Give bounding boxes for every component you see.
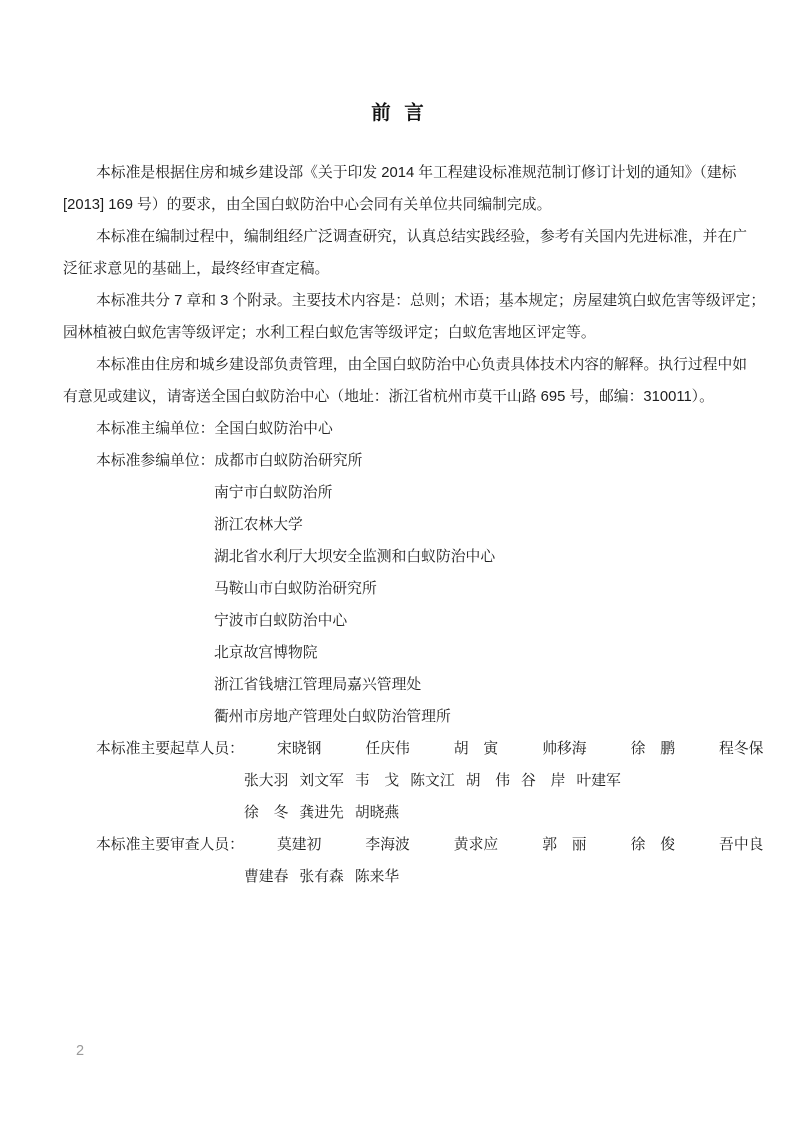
drafters-line-1: 本标准主要起草人员：宋晓钢任庆伟胡 寅帅移海徐 鹏程冬保阮冠华	[63, 733, 733, 765]
document-page: 前 言 本标准是根据住房和城乡建设部《关于印发 2014 年工程建设标准规范制订…	[0, 0, 800, 1130]
co-editor-unit: 北京故宫博物院	[63, 637, 733, 669]
drafter-name: 谷 岸	[521, 765, 565, 797]
drafter-name: 张大羽	[244, 765, 288, 797]
page-title: 前 言	[63, 97, 733, 125]
drafters-line-2: 张大羽刘文军韦 戈陈文江胡 伟谷 岸叶建军	[63, 765, 733, 797]
reviewers-line-2: 曹建春张有森陈来华	[63, 861, 733, 893]
drafter-name: 龚进先	[299, 797, 343, 829]
paragraph-1-line-1: 本标准是根据住房和城乡建设部《关于印发 2014 年工程建设标准规范制订修订计划…	[63, 157, 733, 189]
drafter-name: 徐 鹏	[598, 733, 675, 765]
co-editor-line: 本标准参编单位：成都市白蚁防治研究所	[63, 445, 733, 477]
paragraph-2-line-2: 泛征求意见的基础上，最终经审查定稿。	[63, 253, 733, 285]
drafter-name: 陈文江	[410, 765, 454, 797]
reviewer-name: 徐 俊	[598, 829, 675, 861]
document-body: 本标准是根据住房和城乡建设部《关于印发 2014 年工程建设标准规范制订修订计划…	[63, 157, 733, 893]
co-editor-unit: 成都市白蚁防治研究所	[214, 453, 362, 469]
drafter-name: 帅移海	[509, 733, 586, 765]
reviewer-name: 郭 丽	[509, 829, 586, 861]
chief-editor-line: 本标准主编单位：全国白蚁防治中心	[63, 413, 733, 445]
drafter-name: 阮冠华	[774, 733, 800, 765]
reviewer-name: 吾中良	[686, 829, 763, 861]
co-editor-unit: 宁波市白蚁防治中心	[63, 605, 733, 637]
co-editor-unit: 浙江省钱塘江管理局嘉兴管理处	[63, 669, 733, 701]
co-editor-unit: 湖北省水利厅大坝安全监测和白蚁防治中心	[63, 541, 733, 573]
reviewer-name: 李海波	[332, 829, 409, 861]
drafter-name: 刘文军	[299, 765, 343, 797]
reviewer-name: 莫建初	[244, 829, 321, 861]
reviewer-name: 曹建春	[244, 861, 288, 893]
drafter-name: 胡晓燕	[355, 797, 399, 829]
paragraph-1-line-2: [2013] 169 号）的要求，由全国白蚁防治中心会同有关单位共同编制完成。	[63, 189, 733, 221]
page-number: 2	[76, 1040, 84, 1062]
co-editor-unit: 马鞍山市白蚁防治研究所	[63, 573, 733, 605]
paragraph-4-line-2: 有意见或建议，请寄送全国白蚁防治中心（地址：浙江省杭州市莫干山路 695 号，邮…	[63, 381, 733, 413]
reviewer-name: 黄求应	[421, 829, 498, 861]
reviewers-label: 本标准主要审查人员：	[96, 837, 244, 853]
drafter-name: 胡 寅	[421, 733, 498, 765]
drafter-name: 徐 冬	[244, 797, 288, 829]
reviewer-name: 许如银	[774, 829, 800, 861]
co-editor-unit: 浙江农林大学	[63, 509, 733, 541]
paragraph-3-line-2: 园林植被白蚁危害等级评定；水利工程白蚁危害等级评定；白蚁危害地区评定等。	[63, 317, 733, 349]
drafter-name: 叶建军	[576, 765, 620, 797]
reviewer-name: 张有森	[299, 861, 343, 893]
drafter-name: 程冬保	[686, 733, 763, 765]
drafter-name: 宋晓钢	[244, 733, 321, 765]
co-editor-unit: 南宁市白蚁防治所	[63, 477, 733, 509]
co-editor-unit: 衢州市房地产管理处白蚁防治管理所	[63, 701, 733, 733]
paragraph-4-line-1: 本标准由住房和城乡建设部负责管理，由全国白蚁防治中心负责具体技术内容的解释。执行…	[63, 349, 733, 381]
reviewers-line-1: 本标准主要审查人员：莫建初李海波黄求应郭 丽徐 俊吾中良许如银	[63, 829, 733, 861]
chief-editor-unit: 全国白蚁防治中心	[214, 421, 332, 437]
drafter-name: 韦 戈	[355, 765, 399, 797]
drafters-label: 本标准主要起草人员：	[96, 741, 244, 757]
chief-editor-label: 本标准主编单位：	[96, 421, 214, 437]
reviewer-name: 陈来华	[355, 861, 399, 893]
drafters-line-3: 徐 冬龚进先胡晓燕	[63, 797, 733, 829]
co-editor-label: 本标准参编单位：	[96, 453, 214, 469]
drafter-name: 任庆伟	[332, 733, 409, 765]
paragraph-2-line-1: 本标准在编制过程中，编制组经广泛调查研究，认真总结实践经验，参考有关国内先进标准…	[63, 221, 733, 253]
paragraph-3-line-1: 本标准共分 7 章和 3 个附录。主要技术内容是：总则；术语；基本规定；房屋建筑…	[63, 285, 733, 317]
drafter-name: 胡 伟	[466, 765, 510, 797]
